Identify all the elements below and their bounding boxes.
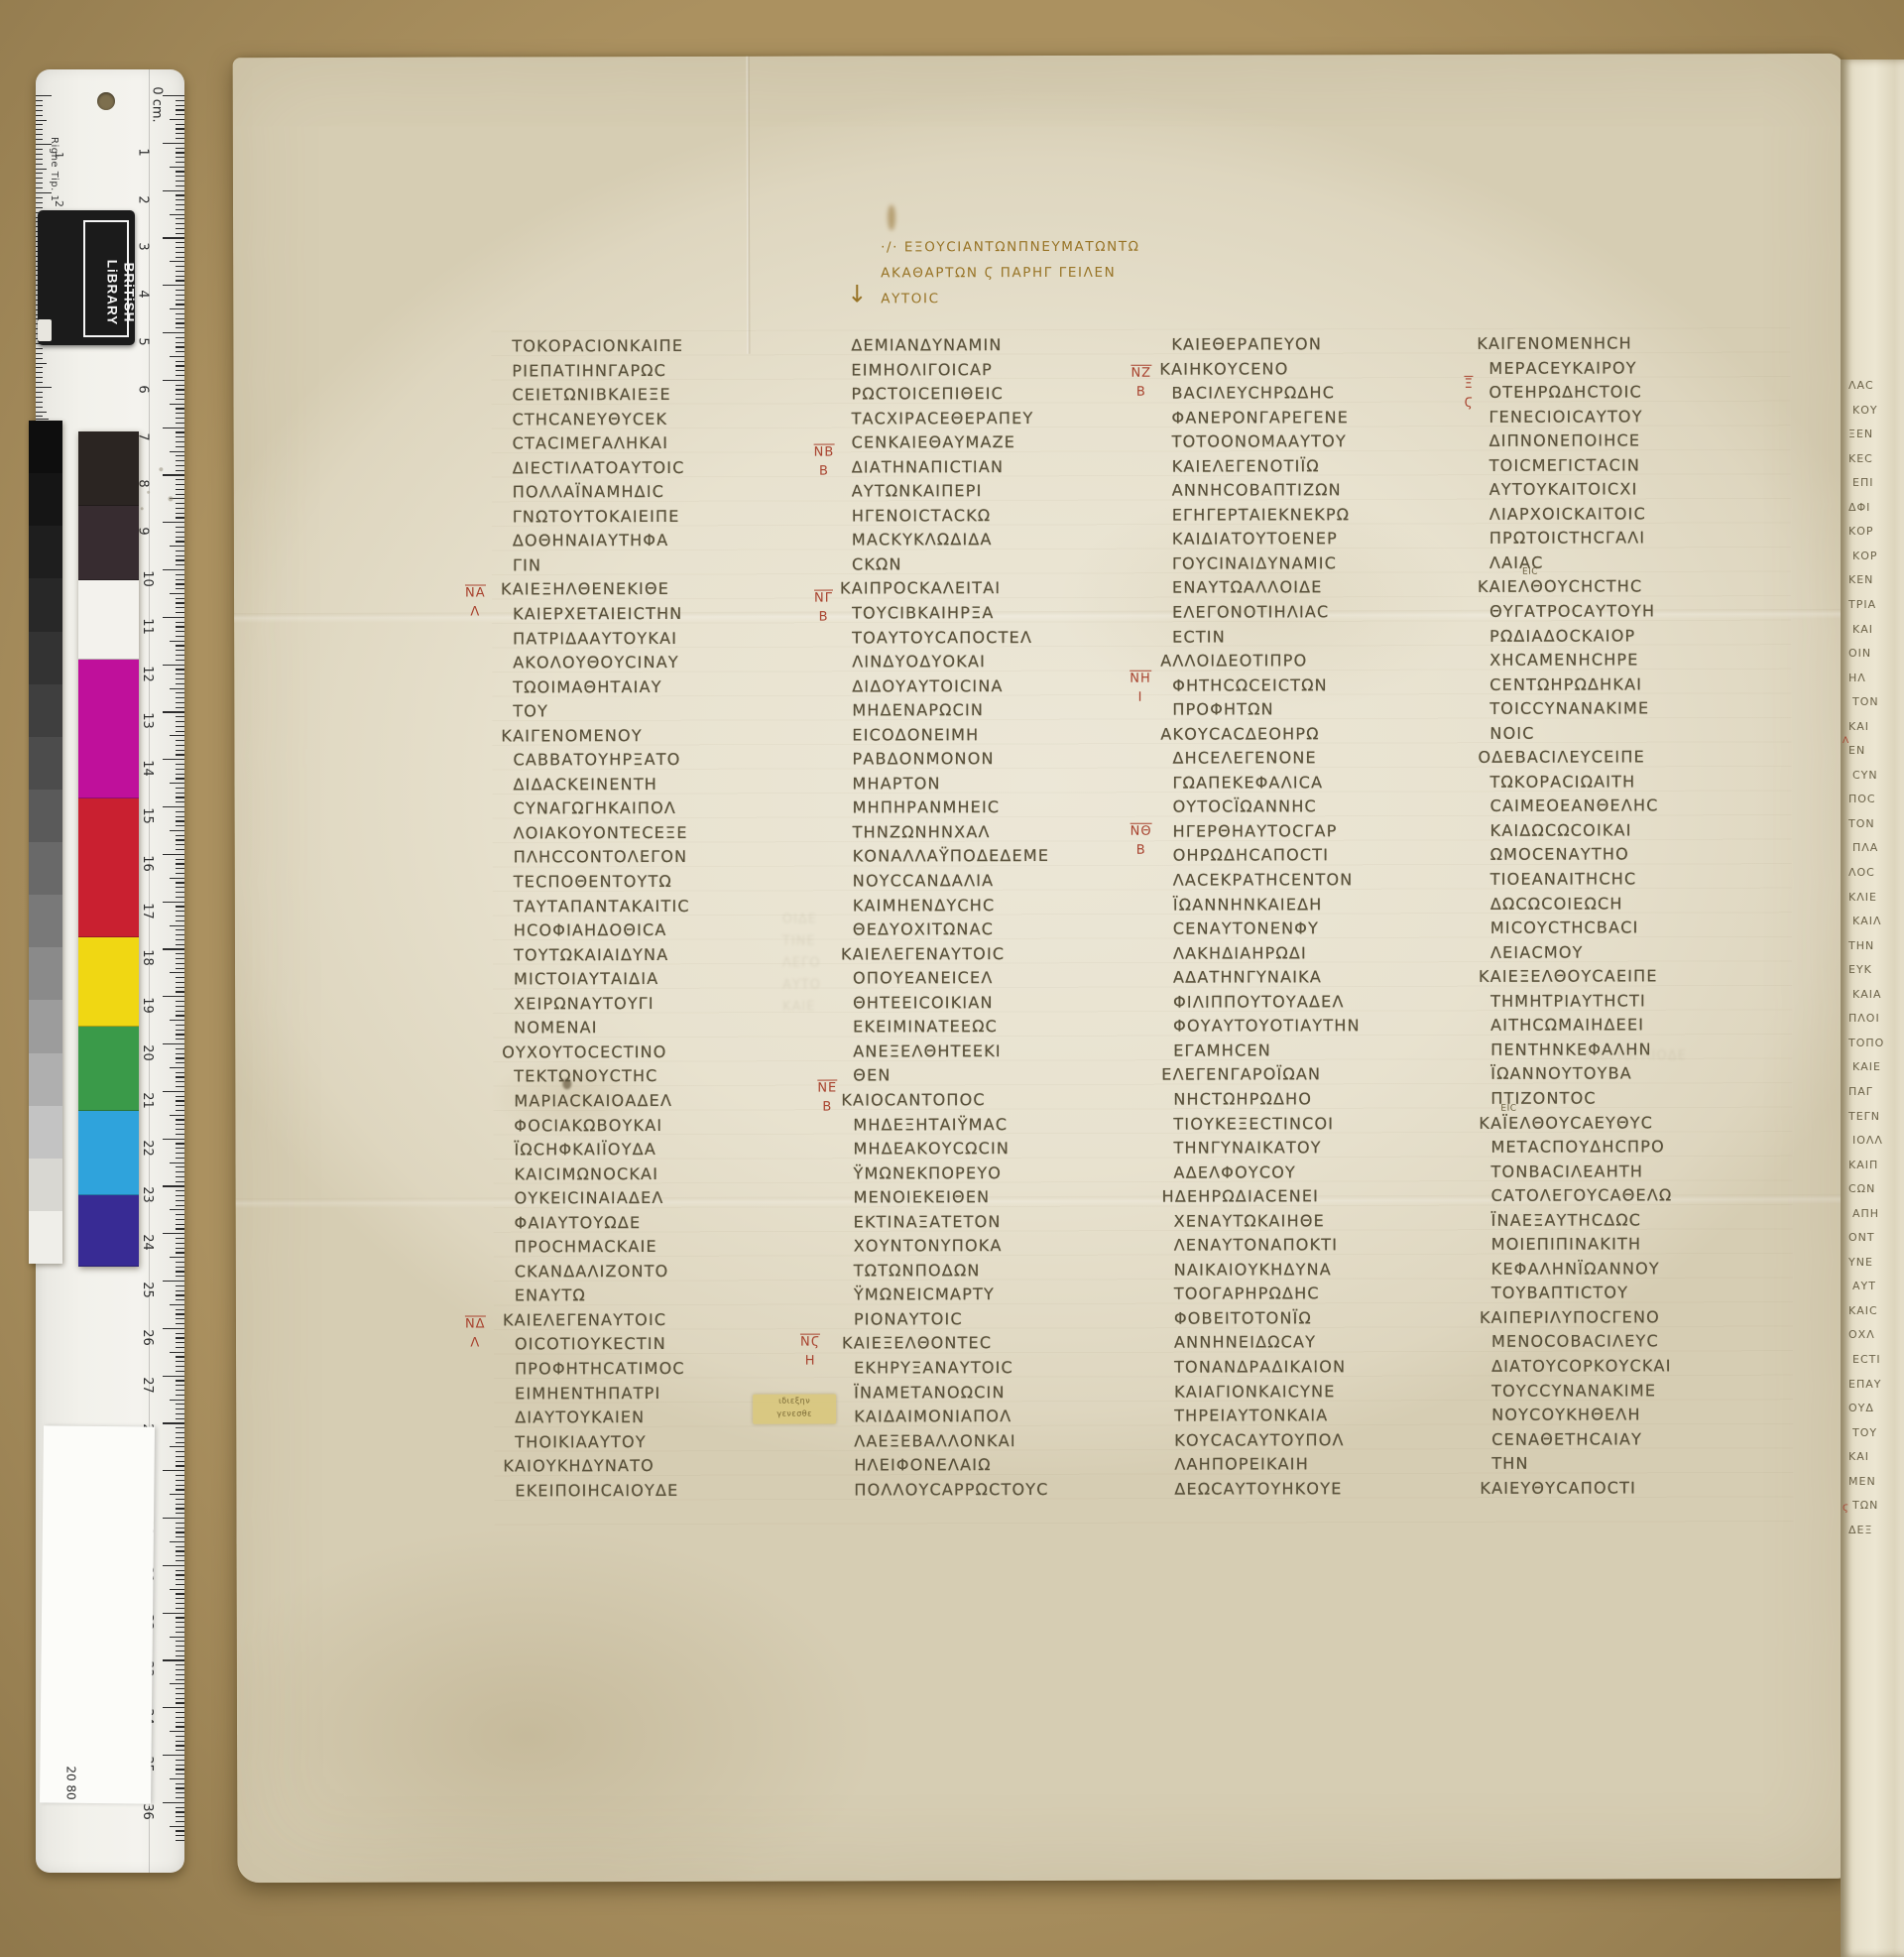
cm-tick (176, 128, 184, 129)
text-line: ΜΙCΟΥCΤΗCΒΑCΙ (1490, 916, 1788, 940)
cm-tick (176, 745, 184, 746)
under-folio-text-fragment: ΕΝ (1848, 745, 1865, 756)
cm-tick (170, 1067, 184, 1068)
under-folio-text-fragment: ΑΥΤ (1852, 1281, 1876, 1291)
cm-tick (163, 95, 184, 96)
under-folio-text-fragment: ΚΑΙ (1848, 1451, 1869, 1462)
cm-tick (176, 801, 184, 802)
cm-tick (176, 1337, 184, 1338)
cm-tick (176, 1166, 184, 1167)
cm-tick (163, 1565, 184, 1566)
cm-number: 24 (140, 1234, 155, 1251)
cm-tick (176, 825, 184, 826)
cm-tick (176, 1598, 184, 1599)
under-folio-text-fragment: ΟΝΤ (1848, 1232, 1875, 1243)
left-scale-tick (36, 402, 43, 403)
cm-tick (176, 1774, 184, 1774)
cm-tick (176, 1086, 184, 1087)
cm-number: 5 (136, 337, 151, 345)
cm-tick (176, 811, 184, 812)
text-line: ΡΩCΤΟΙCΕΠΙΘΕΙC (851, 382, 1148, 407)
text-line: ΕCΤΙΝ (1172, 624, 1470, 649)
cm-tick (176, 418, 184, 419)
cm-tick (176, 1726, 184, 1727)
cm-tick (176, 1698, 184, 1699)
cm-tick (176, 1461, 184, 1462)
cm-tick (176, 1717, 184, 1718)
text-line: ΘΥΓΑΤΡΟCΑΥΤΟΥΗ (1489, 599, 1787, 624)
cm-tick (163, 1470, 184, 1471)
cm-tick (176, 1722, 184, 1723)
cm-tick (163, 1328, 184, 1329)
cm-tick (176, 1034, 184, 1035)
cm-tick (176, 162, 184, 163)
text-line: ΔΙΔΟΥΑΥΤΟΙCΙΝΑ (852, 673, 1149, 698)
cm-tick (176, 1309, 184, 1310)
left-scale-tick (36, 95, 52, 96)
cm-tick (176, 678, 184, 679)
cm-tick (170, 1494, 184, 1495)
cm-tick (176, 1134, 184, 1135)
cm-tick (176, 692, 184, 693)
cm-tick (176, 1593, 184, 1594)
text-line: ΡΙΟΝΑΥΤΟΙC (854, 1307, 1151, 1332)
cm-tick (176, 228, 184, 229)
cm-tick (176, 1528, 184, 1529)
text-line: ΚΑΙCΙΜΩΝΟCΚΑΙ (515, 1162, 812, 1186)
ruler-bottom-marks: 20 80 (65, 1766, 76, 1799)
cm-tick (176, 114, 184, 115)
text-line: ΪΩΑΝΝΗΝΚΑΙΕΔΗ (1173, 892, 1471, 917)
under-folio-text-fragment: ΔΦΙ (1848, 502, 1870, 513)
text-line: ΤΕΚΤΩΝΟΥCΤΗC (514, 1064, 811, 1089)
text-column: ΔΕΜΙΑΝΔΥΝΑΜΙΝΕΙΜΗΟΛΙΓΟΙCΑΡΡΩCΤΟΙCΕΠΙΘΕΙC… (851, 333, 1151, 1503)
text-line: ΓΩΑΠΕΚΕΦΑΛΙCΑ (1172, 771, 1470, 795)
text-line: ΗΓΕΡΘΗΑΥΤΟCΓΑΡ (1173, 819, 1471, 844)
cm-tick (163, 1659, 184, 1660)
cm-tick (176, 1076, 184, 1077)
cm-number: 1 (136, 148, 151, 156)
cm-number: 15 (140, 807, 155, 824)
text-line: CΑΙΜΕΟΕΑΝΘΕΛΗC (1490, 794, 1788, 818)
color-patch-green (78, 1027, 139, 1111)
section-number: ΝΓ (814, 590, 833, 605)
text-line: ΒΑCΙΛΕΥCΗΡΩΔΗC (1171, 381, 1469, 406)
tag-corner-chip (38, 319, 52, 341)
text-line: ΟΥΤΟCΪΩΑΝΝΗC (1173, 795, 1471, 819)
left-scale-tick (36, 372, 43, 373)
text-line: ΤΟΚΟΡΑCΙΟΝΚΑΙΠΕ (512, 334, 809, 359)
cm-tick (176, 574, 184, 575)
text-line: ΜΕΝΟΙΕΚΕΙΘΕΝ (854, 1185, 1151, 1210)
eusebian-numeral: ΝΖΒ (1130, 365, 1151, 399)
grayscale-calibration-strip (29, 421, 62, 1264)
text-line: ΚΑΙΠΡΟCΚΑΛΕΙΤΑΙ (840, 576, 1149, 601)
cm-tick (176, 1214, 184, 1215)
cm-tick (170, 878, 184, 879)
cm-tick (176, 631, 184, 632)
cm-tick (176, 892, 184, 893)
corrector-note-line: ΑΚΑΘΑΡΤΩΝ Ϛ ΠΑΡΗΓ ΓΕΙΛΕΝ (881, 260, 1140, 287)
text-line: ΑΛΛΟΙΔΕΟΤΙΠΡΟ (1160, 649, 1470, 673)
text-line: ΤΟΥΒΑΠΤΙCΤΟΥ (1491, 1281, 1789, 1305)
cm-tick (176, 223, 184, 224)
cm-tick (176, 1285, 184, 1286)
text-line: ΘΕΔΥΟΧΙΤΩΝΑC (853, 917, 1150, 942)
text-column: ΚΑΙΓΕΝΟΜΕΝΗCΗΜΕΡΑCΕΥΚΑΙΡΟΥΟΤΕΗΡΩΔΗCΤΟΙCΓ… (1488, 331, 1789, 1501)
text-line: CΑΤΟΛΕΓΟΥCΑΘΕΛΩ (1491, 1183, 1789, 1208)
cm-tick (170, 1683, 184, 1684)
cm-tick (176, 532, 184, 533)
cm-tick (176, 612, 184, 613)
text-line: ΕΓΗΓΕΡΤΑΙΕΚΝΕΚΡΩ (1172, 503, 1470, 528)
cm-tick (176, 233, 184, 234)
text-line: ΚΑΙΓΕΝΟΜΕΝΟΥ (501, 723, 810, 748)
text-line: ΚΑΙΑΓΙΟΝΚΑΙCΥΝΕ (1174, 1379, 1472, 1404)
text-line: ΠΟΛΛΑΪΝΑΜΗΔΙC (513, 480, 810, 505)
cm-tick (176, 1651, 184, 1651)
cm-tick (176, 1390, 184, 1391)
color-patch-white (78, 580, 139, 660)
cm-tick (176, 527, 184, 528)
cm-tick (176, 716, 184, 717)
cm-number: 10 (140, 570, 155, 587)
text-line: ΠΛΗCCΟΝΤΟΛΕΓΟΝ (514, 845, 811, 870)
cm-tick (176, 257, 184, 258)
text-line: ΦΟΥΑΥΤΟΥΟΤΙΑΥΤΗΝ (1173, 1014, 1471, 1039)
cm-tick (176, 778, 184, 779)
eusebian-numeral: ΝΑΛ (465, 584, 486, 618)
under-folio-text-fragment: ΔΕΞ (1848, 1525, 1872, 1535)
text-line: ΑΚΟΥCΑCΔΕΟΗΡΩ (1160, 722, 1470, 747)
ruler-hanging-hole (97, 92, 115, 110)
left-scale-tick (36, 183, 43, 183)
corrector-note-lines: ·/· ΕΞΟΥCΙΑΝΤΩΝΠΝΕΥΜΑΤΩΝΤΩΑΚΑΘΑΡΤΩΝ Ϛ ΠΑ… (881, 234, 1140, 312)
cm-tick (176, 185, 184, 186)
under-folio-text-fragment: ΙΟΛΛ (1852, 1135, 1883, 1146)
text-line: ΘΕΝ (853, 1063, 1150, 1088)
cm-tick (176, 1153, 184, 1154)
cm-tick (176, 361, 184, 362)
cm-tick (176, 1736, 184, 1737)
cm-tick (163, 902, 184, 903)
text-line: ΤΟΙCCΥΝΑΝΑΚΙΜΕ (1489, 696, 1787, 721)
under-folio-text-fragment: ΕΠΙ (1852, 477, 1873, 488)
grayscale-step (29, 632, 62, 684)
grayscale-step (29, 737, 62, 790)
cm-tick (163, 1422, 184, 1423)
left-scale-tick (36, 382, 43, 383)
cm-tick (176, 1081, 184, 1082)
cm-tick (163, 1281, 184, 1282)
left-scale-tick (36, 192, 52, 193)
text-line: ΚΑΙΗΚΟΥCΕΝΟ (1159, 356, 1469, 381)
cm-tick (176, 1039, 184, 1040)
photograph-of-codex-page: { "corrector_note": { "arrow": "↓", "lin… (0, 0, 1904, 1957)
cm-tick (176, 1333, 184, 1334)
section-number: ΝϚ (800, 1334, 820, 1349)
left-scale-tick (36, 139, 43, 140)
text-line: ΟΥΚΕΙCΙΝΑΙΑΔΕΛ (515, 1186, 812, 1211)
text-line: ΚΑΙΕΞΕΛΘΟΝΤΕC (842, 1331, 1151, 1356)
canon-number: Β (814, 465, 835, 478)
cm-tick (170, 1731, 184, 1732)
cm-tick (163, 759, 184, 760)
cm-tick (163, 617, 184, 618)
left-scale-tick (36, 173, 43, 174)
cm-tick (176, 351, 184, 352)
cm-tick (176, 1418, 184, 1419)
text-line: CΕΝΚΑΙΕΘΑΥΜΑΖΕ (852, 430, 1149, 455)
text-line: ΕΓΑΜΗCΕΝ (1173, 1039, 1471, 1063)
under-folio-text-fragment: ΤΟΝ (1852, 696, 1879, 707)
section-number: ΝΑ (465, 584, 486, 599)
cm-tick (176, 1252, 184, 1253)
left-scale-tick (36, 129, 43, 130)
cm-tick (176, 1693, 184, 1694)
cm-tick (176, 669, 184, 670)
under-folio-text-fragment: ΜΕΝ (1848, 1476, 1876, 1487)
text-line: ΕΚΗΡΥΞΑΝΑΥΤΟΙC (854, 1356, 1151, 1381)
text-line: ΤΩΟΙΜΑΘΗΤΑΙΑΥ (513, 674, 810, 699)
section-number: ΝΗ (1130, 671, 1151, 685)
cm-tick (176, 1195, 184, 1196)
canon-number: Β (814, 611, 833, 624)
text-line: ΝΟΥCΟΥΚΗΘΕΛΗ (1491, 1403, 1789, 1427)
cm-tick (176, 579, 184, 580)
cm-tick (176, 1290, 184, 1291)
text-line: ΜΗΠΗΡΑΝΜΗΕΙC (853, 795, 1150, 820)
eusebian-numeral: ΝΘΒ (1130, 823, 1152, 857)
cm-tick (176, 138, 184, 139)
cm-tick (176, 1475, 184, 1476)
cm-tick (176, 171, 184, 172)
interlinear-correction: ΕΙC (1522, 567, 1538, 577)
text-line: ΟΙCΟΤΙΟΥΚΕCΤΙΝ (515, 1332, 812, 1357)
text-line: ΪΝΑΕΞΑΥΤΗCΔΩC (1491, 1208, 1789, 1233)
cm-tick (176, 859, 184, 860)
cm-tick (176, 408, 184, 409)
under-folio-text-fragment: ΤΡΙΑ (1848, 599, 1876, 610)
cm-tick (176, 660, 184, 661)
cm-tick (176, 394, 184, 395)
text-line: ΦΑΝΕΡΟΝΓΑΡΕΓΕΝΕ (1172, 406, 1470, 430)
cm-tick (176, 1361, 184, 1362)
cm-tick (176, 1550, 184, 1551)
cm-tick (176, 1835, 184, 1836)
text-line: ΗΔΕΗΡΩΔΙΑCΕΝΕΙ (1162, 1184, 1472, 1209)
canon-number: Β (817, 1101, 837, 1114)
cm-tick (170, 1020, 184, 1021)
under-folio-text-fragment: ΚΛΙΕ (1848, 892, 1877, 903)
cm-tick (170, 451, 184, 452)
under-folio-text-fragment: ΕΥΚ (1848, 964, 1872, 975)
cm-tick (176, 1702, 184, 1703)
cm-number: 36 (140, 1803, 155, 1820)
cm-tick (163, 1043, 184, 1044)
under-folio-text-fragment: ΤΗΝ (1848, 940, 1874, 951)
text-line: ΟΔΕΒΑCΙΛΕΥCΕΙΠΕ (1478, 745, 1787, 770)
text-line: ΜΕΡΑCΕΥΚΑΙΡΟΥ (1488, 356, 1786, 381)
text-line: ΚΑΙΕΘΕΡΑΠΕΥΟΝ (1171, 332, 1469, 357)
text-line: ΚΑΙΔΩCΩCΟΙΚΑΙ (1490, 818, 1788, 843)
cm-tick (176, 1508, 184, 1509)
cm-tick (170, 641, 184, 642)
ghost-text: ΧΙΟΓΙΟΓΛΙΟΔΕ (1584, 1045, 1752, 1067)
text-line: ΜΗΔΕΞΗΤΑΙΫΜΑC (853, 1112, 1150, 1137)
cm-tick (176, 1792, 184, 1793)
text-line: ΧΗCΑΜΕΝΗCΗΡΕ (1489, 648, 1787, 673)
text-line: ΫΜΩΝΕΚΠΟΡΕΥΟ (854, 1161, 1151, 1185)
under-folio-text-fragment: ΞΕΝ (1848, 428, 1873, 439)
cm-tick (176, 1356, 184, 1357)
cm-tick (176, 1224, 184, 1225)
cm-tick (170, 1257, 184, 1258)
left-scale-tick (36, 100, 43, 101)
cm-tick (176, 1181, 184, 1182)
text-line: ΛΑCΕΚΡΑΤΗCΕΝΤΟΝ (1173, 868, 1471, 893)
cm-tick (163, 1707, 184, 1708)
cm-tick (176, 1465, 184, 1466)
cm-tick (176, 1190, 184, 1191)
text-line: ΚΑΙΔΑΙΜΟΝΙΑΠΟΛ (854, 1405, 1151, 1429)
text-line: ΤΗΜΗΤΡΙΑΥΤΗCΤΙ (1490, 989, 1788, 1014)
text-line: ΩΜΟCΕΝΑΥΤΗΟ (1490, 843, 1788, 868)
cm-tick (170, 925, 184, 926)
left-scale-tick (36, 110, 43, 111)
text-line: ΤΩΚΟΡΑCΙΩΑΙΤΗ (1489, 770, 1787, 795)
text-line: ΤΕCΠΟΘΕΝΤΟΥΤΩ (514, 870, 811, 895)
cm-tick (176, 929, 184, 930)
text-line: ΤΗΡΕΙΑΥΤΟΝΚΑΙΑ (1174, 1404, 1472, 1428)
cm-tick (170, 261, 184, 262)
cm-tick (176, 295, 184, 296)
cm-tick (176, 1787, 184, 1788)
cm-tick (163, 237, 184, 238)
text-line: ΠΡΟCΗΜΑCΚΑΙΕ (515, 1235, 812, 1260)
text-line: ΜΗΔΕΑΚΟΥCΩCΙΝ (853, 1137, 1150, 1162)
cm-tick (176, 124, 184, 125)
cm-tick (176, 1048, 184, 1049)
under-folio-text-fragment: ΛΟC (1848, 867, 1875, 878)
cm-tick (176, 313, 184, 314)
text-line: ΡΑΒΔΟΝΜΟΝΟΝ (852, 747, 1149, 772)
cm-tick (176, 1200, 184, 1201)
cm-tick (163, 1233, 184, 1234)
cm-tick (176, 793, 184, 794)
cm-tick (176, 1276, 184, 1277)
cm-tick (176, 1536, 184, 1537)
grayscale-step (29, 578, 62, 631)
text-line: ΜΗΔΕΝΑΡΩCΙΝ (852, 698, 1149, 723)
cm-tick (163, 711, 184, 712)
text-line: ΤΟΥCΙΒΚΑΙΗΡΞΑ (852, 601, 1149, 626)
color-patch-violet (78, 1195, 139, 1267)
cm-tick (176, 242, 184, 243)
text-line: ΚΑΙΓΕΝΟΜΕΝΗCΗ (1477, 331, 1786, 356)
color-patch-yellow (78, 937, 139, 1027)
cm-tick (163, 665, 184, 666)
cm-tick (176, 673, 184, 674)
text-line: CΕΝΑΥΤΟΝΕΝΦΥ (1173, 917, 1471, 941)
cm-tick (176, 1100, 184, 1101)
text-line: ΓΟΥCΙΝΑΙΔΥΝΑΜΙC (1172, 551, 1470, 576)
cm-tick (176, 764, 184, 765)
cm-tick (176, 1632, 184, 1633)
grayscale-step (29, 1106, 62, 1159)
cm-tick (176, 683, 184, 684)
cm-tick (163, 996, 184, 997)
text-line: ΪΝΑΜΕΤΑΝΟΩCΙΝ (854, 1380, 1151, 1405)
text-line: ΚΟΝΑΛΛΑΫΠΟΔΕΔΕΜΕ (853, 844, 1150, 869)
text-line: ΤΙΟΕΑΝΑΙΤΗCΗC (1490, 867, 1788, 892)
text-line: ΟΠΟΥΕΑΝΕΙCΕΛ (853, 966, 1150, 991)
corrector-marginal-note: ↓ ·/· ΕΞΟΥCΙΑΝΤΩΝΠΝΕΥΜΑΤΩΝΤΩΑΚΑΘΑΡΤΩΝ Ϛ … (881, 234, 1140, 312)
cm-tick (176, 1688, 184, 1689)
text-line: ΡΙΕΠΑΤΙΗΝΓΑΡΩC (512, 358, 809, 383)
cm-tick (170, 1778, 184, 1779)
cm-tick (176, 1176, 184, 1177)
under-folio-text-fragment: ΑΠΗ (1852, 1208, 1879, 1219)
left-scale-tick (36, 159, 43, 160)
cm-tick (176, 1765, 184, 1766)
left-scale-tick (36, 164, 43, 165)
text-line: ΕΚΤΙΝΑΞΑΤΕΤΟΝ (854, 1209, 1151, 1234)
cm-tick (176, 1741, 184, 1742)
cm-tick (176, 655, 184, 656)
text-line: ΤΟΝΑΝΔΡΑΔΙΚΑΙΟΝ (1174, 1355, 1472, 1380)
cm-tick (170, 735, 184, 736)
text-line: CΚΩΝ (852, 552, 1149, 577)
cm-tick (176, 731, 184, 732)
text-line: ΕΛΕΓΕΝΓΑΡΟΪΩΑΝ (1161, 1062, 1471, 1087)
color-patch-cyan (78, 1111, 139, 1195)
cm-tick (176, 365, 184, 366)
cm-tick (176, 769, 184, 770)
text-line: ΕΝΑΥΤΩΑΛΛΟΙΔΕ (1172, 575, 1470, 600)
text-line: ΤΟΟΓΑΡΗΡΩΔΗC (1174, 1282, 1472, 1306)
cm-tick (170, 1304, 184, 1305)
left-scale-tick (36, 353, 43, 354)
left-scale-number: 1 (53, 152, 65, 159)
grayscale-step (29, 947, 62, 1000)
cm-tick (176, 1674, 184, 1675)
cm-tick (176, 1499, 184, 1500)
cm-tick (176, 1646, 184, 1647)
cm-tick (176, 441, 184, 442)
cm-number: 23 (140, 1187, 155, 1204)
left-scale-tick (36, 392, 43, 393)
left-scale-tick (36, 134, 43, 135)
text-line: ΓΝΩΤΟΥΤΟΚΑΙΕΙΠΕ (513, 504, 810, 529)
cm-tick (176, 1608, 184, 1609)
under-folio-text-fragment: ΚΟΥ (1852, 405, 1878, 416)
cm-tick (176, 290, 184, 291)
british-library-tag: BRiTiSH LiBRARY (38, 210, 135, 345)
cm-tick (163, 522, 184, 523)
cm-tick (176, 133, 184, 134)
under-folio-text-fragment: ΚΑΙ (1852, 624, 1873, 635)
grayscale-step (29, 842, 62, 895)
cm-tick (163, 1139, 184, 1140)
cm-tick (176, 559, 184, 560)
text-line: ΜΕΤΑCΠΟΥΔΗCΠΡΟ (1490, 1135, 1788, 1160)
cm-tick (176, 1313, 184, 1314)
text-line: ΚΑΙΕΛΕΓΕΝΑΥΤΟΙC (503, 1307, 812, 1332)
text-line: ΤΗΟΙΚΙΑΑΥΤΟΥ (515, 1429, 812, 1454)
text-line: ΛΙΝΔΥΟΔΥΟΚΑΙ (852, 650, 1149, 674)
text-line: ΜΟΙΕΠΙΠΙΝΑΚΙΤΗ (1491, 1232, 1789, 1257)
